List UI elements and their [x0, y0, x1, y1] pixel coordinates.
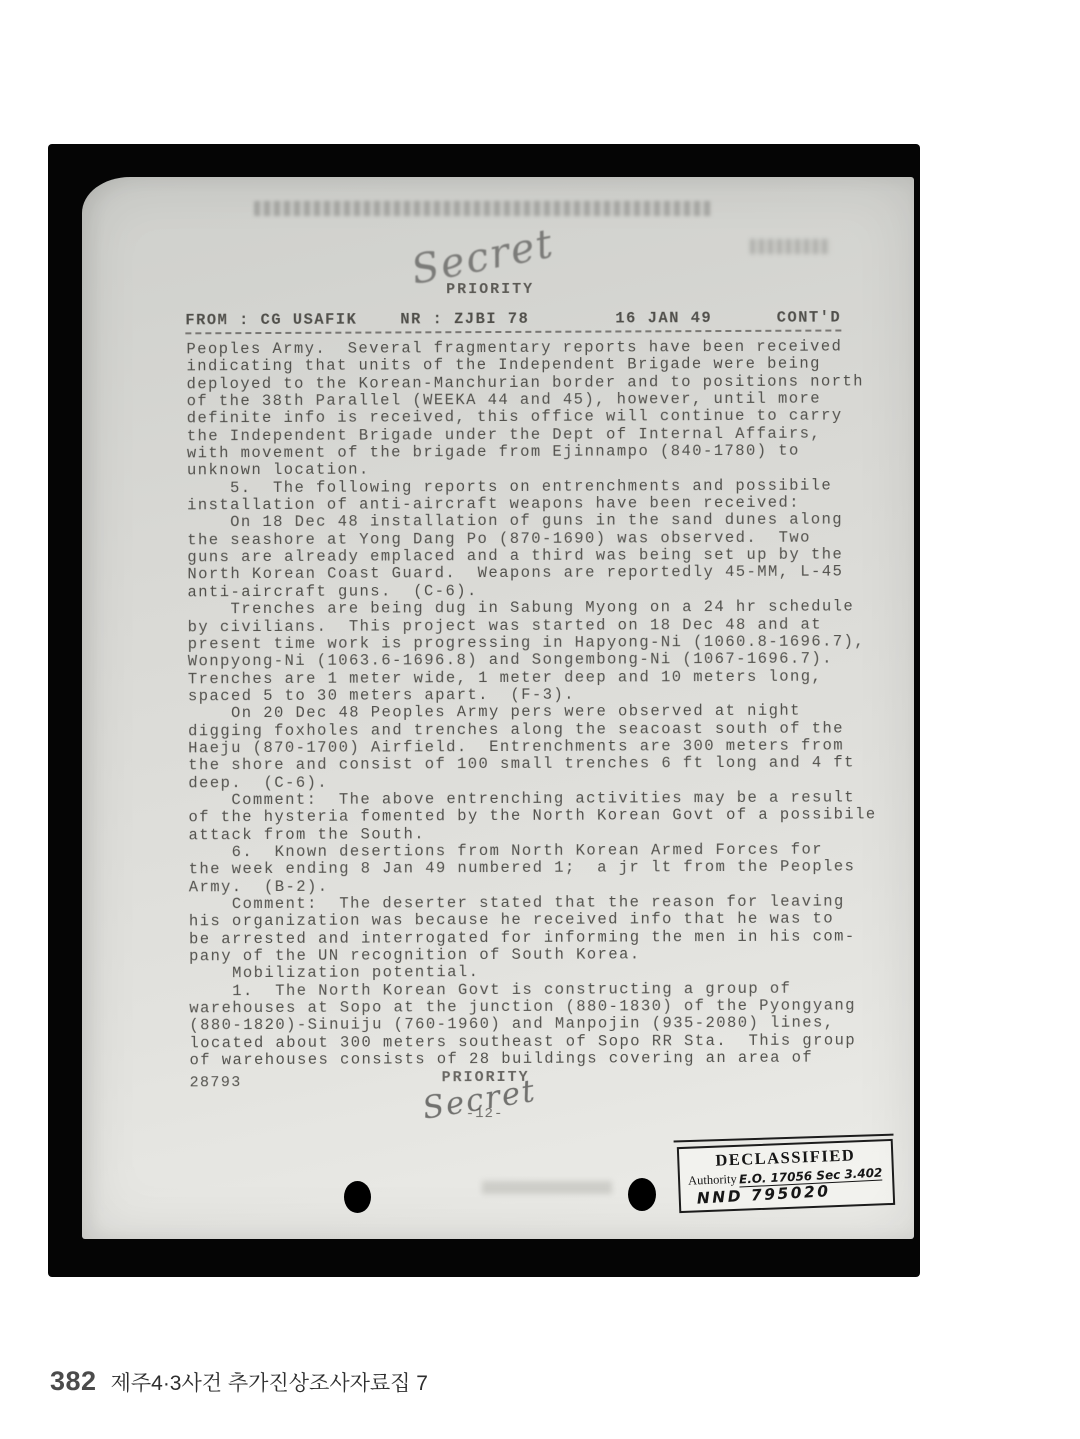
document-line: of the hysteria fomented by the North Ko…	[188, 807, 876, 827]
declassified-stamp: DECLASSIFIED Authority E.O. 17056 Sec 3.…	[677, 1139, 895, 1213]
serial-number: 28793	[190, 1074, 242, 1091]
typewritten-layer: Secret PRIORITY FROM : CG USAFIK NR : ZJ…	[80, 175, 917, 1241]
document-body: Peoples Army. Several fragmentary report…	[186, 338, 877, 1069]
document-page: Secret PRIORITY FROM : CG USAFIK NR : ZJ…	[82, 177, 914, 1239]
document-page-number: -12-	[466, 1106, 504, 1122]
stamp-authority-label: Authority	[688, 1172, 737, 1189]
book-page-caption: 382 제주4·3사건 추가진상조사자료집 7	[50, 1366, 428, 1397]
scanned-document-photo: Secret PRIORITY FROM : CG USAFIK NR : ZJ…	[48, 144, 920, 1277]
document-line: with movement of the brigade from Ejinna…	[187, 442, 875, 462]
punch-hole-right	[628, 1178, 656, 1211]
document-line: the week ending 8 Jan 49 numbered 1; a j…	[189, 859, 877, 879]
document-line: the shore and consist of 100 small trenc…	[188, 755, 876, 775]
book-title: 제주4·3사건 추가진상조사자료집 7	[111, 1367, 428, 1397]
punch-hole-left	[344, 1181, 371, 1213]
document-line: North Korean Coast Guard. Weapons are re…	[187, 564, 875, 584]
priority-label-top: PRIORITY	[400, 281, 580, 299]
message-header-line: FROM : CG USAFIK NR : ZJBI 78 16 JAN 49 …	[185, 308, 841, 334]
document-line: of warehouses consists of 28 buildings c…	[189, 1049, 877, 1069]
book-page-number: 382	[50, 1366, 97, 1397]
